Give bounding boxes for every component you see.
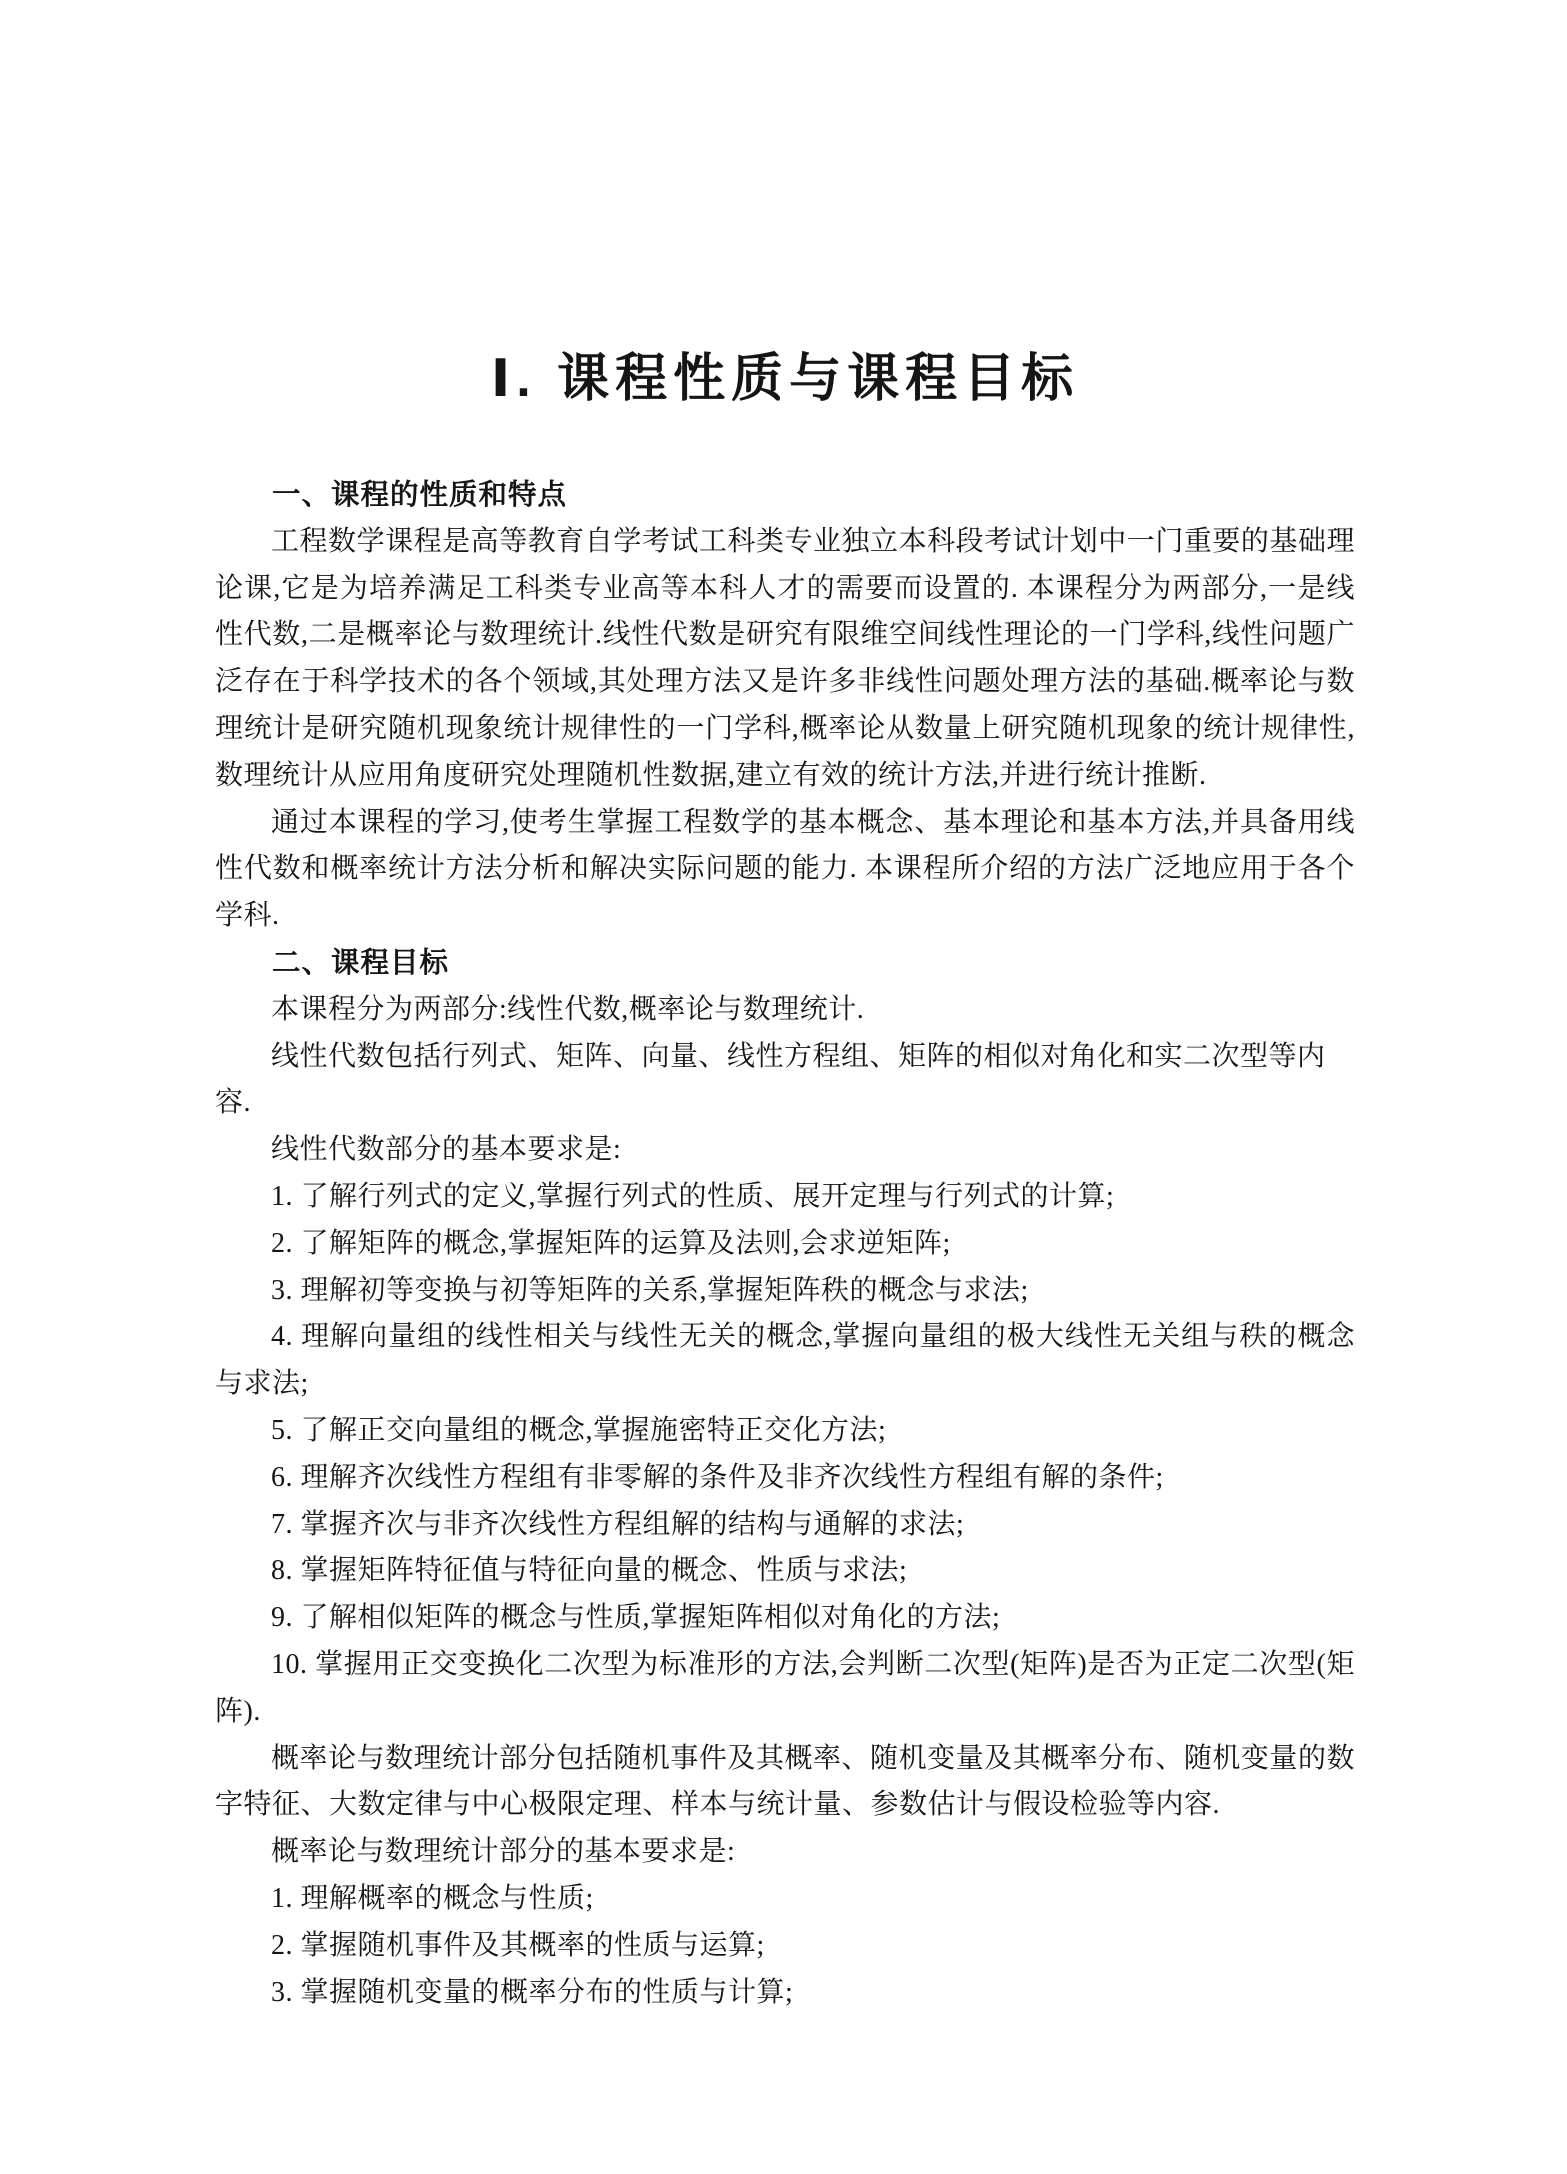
paragraph-objectives-intro-2: 线性代数包括行列式、矩阵、向量、线性方程组、矩阵的相似对角化和实二次型等内容. [215, 1034, 1355, 1128]
list-item-linear-6: 6. 理解齐次线性方程组有非零解的条件及非齐次线性方程组有解的条件; [215, 1455, 1355, 1502]
document-page: Ⅰ. 课程性质与课程目标 一、课程的性质和特点 工程数学课程是高等教育自学考试工… [0, 0, 1567, 2174]
list-item-linear-9: 9. 了解相似矩阵的概念与性质,掌握矩阵相似对角化的方法; [215, 1595, 1355, 1642]
page-title: Ⅰ. 课程性质与课程目标 [215, 350, 1355, 408]
list-item-probability-1: 1. 理解概率的概念与性质; [215, 1876, 1355, 1923]
section-heading-course-objectives: 二、课程目标 [215, 940, 1355, 987]
list-item-linear-2: 2. 了解矩阵的概念,掌握矩阵的运算及法则,会求逆矩阵; [215, 1221, 1355, 1268]
list-item-linear-4: 4. 理解向量组的线性相关与线性无关的概念,掌握向量组的极大线性无关组与秩的概念… [215, 1314, 1355, 1408]
list-item-linear-5: 5. 了解正交向量组的概念,掌握施密特正交化方法; [215, 1408, 1355, 1455]
list-item-probability-2: 2. 掌握随机事件及其概率的性质与运算; [215, 1923, 1355, 1970]
paragraph-probability-intro: 概率论与数理统计部分的基本要求是: [215, 1829, 1355, 1876]
list-item-linear-7: 7. 掌握齐次与非齐次线性方程组解的结构与通解的求法; [215, 1502, 1355, 1549]
list-item-linear-1: 1. 了解行列式的定义,掌握行列式的性质、展开定理与行列式的计算; [215, 1174, 1355, 1221]
paragraph-course-nature-1: 工程数学课程是高等教育自学考试工科类专业独立本科段考试计划中一门重要的基础理论课… [215, 519, 1355, 800]
paragraph-objectives-intro-3: 线性代数部分的基本要求是: [215, 1127, 1355, 1174]
paragraph-objectives-intro-1: 本课程分为两部分:线性代数,概率论与数理统计. [215, 987, 1355, 1034]
paragraph-probability-overview: 概率论与数理统计部分包括随机事件及其概率、随机变量及其概率分布、随机变量的数字特… [215, 1736, 1355, 1830]
page-content: Ⅰ. 课程性质与课程目标 一、课程的性质和特点 工程数学课程是高等教育自学考试工… [215, 350, 1355, 2016]
document-body: 一、课程的性质和特点 工程数学课程是高等教育自学考试工科类专业独立本科段考试计划… [215, 472, 1355, 2016]
list-item-linear-8: 8. 掌握矩阵特征值与特征向量的概念、性质与求法; [215, 1548, 1355, 1595]
list-item-linear-10: 10. 掌握用正交变换化二次型为标准形的方法,会判断二次型(矩阵)是否为正定二次… [215, 1642, 1355, 1736]
list-item-probability-3: 3. 掌握随机变量的概率分布的性质与计算; [215, 1970, 1355, 2017]
section-heading-course-nature: 一、课程的性质和特点 [215, 472, 1355, 519]
paragraph-course-nature-2: 通过本课程的学习,使考生掌握工程数学的基本概念、基本理论和基本方法,并具备用线性… [215, 800, 1355, 940]
list-item-linear-3: 3. 理解初等变换与初等矩阵的关系,掌握矩阵秩的概念与求法; [215, 1268, 1355, 1315]
